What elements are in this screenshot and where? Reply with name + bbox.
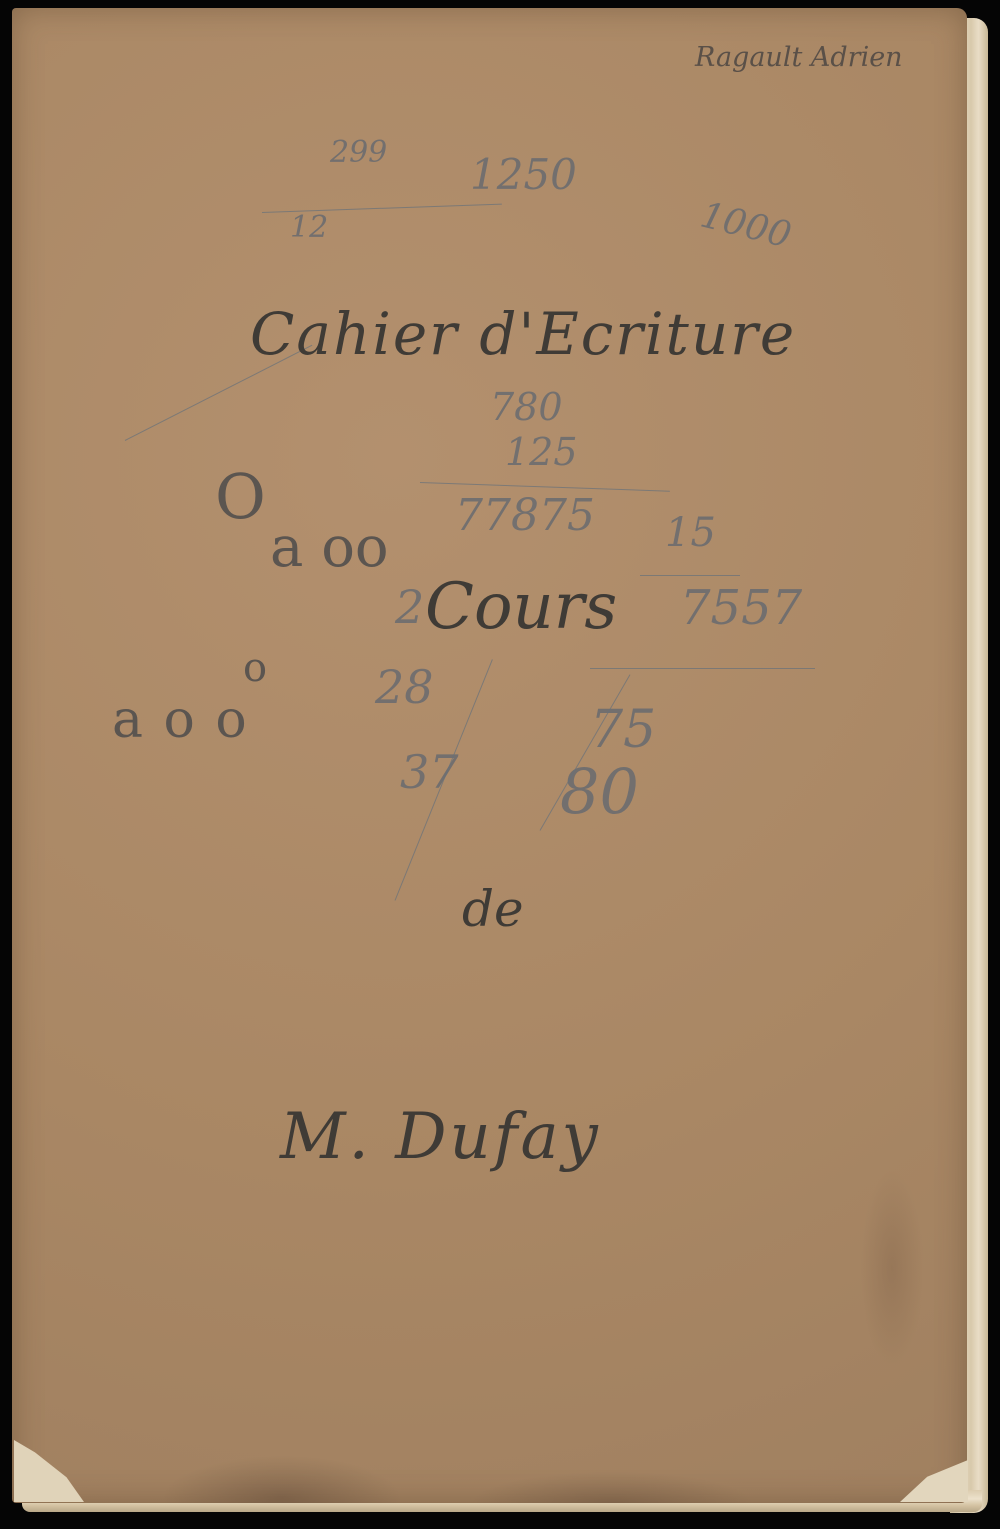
pencil-note: 37 bbox=[400, 745, 459, 799]
pencil-underline bbox=[640, 575, 740, 576]
notebook-cover bbox=[12, 8, 967, 1503]
pencil-note: 2 bbox=[395, 580, 424, 634]
pencil-note: 75 bbox=[590, 700, 656, 760]
pencil-note: 299 bbox=[330, 135, 387, 170]
pencil-note: 12 bbox=[290, 210, 328, 245]
letter-practice: O bbox=[215, 460, 266, 533]
pencil-note: 1250 bbox=[470, 150, 577, 199]
letter-practice: a oo bbox=[270, 515, 389, 580]
title-line-3: de bbox=[462, 880, 524, 938]
pencil-note: 15 bbox=[665, 510, 716, 556]
pencil-note: 80 bbox=[560, 755, 639, 828]
letter-practice: o bbox=[243, 645, 267, 691]
title-line-2: Cours bbox=[425, 570, 617, 644]
title-line-1: Cahier d'Ecriture bbox=[250, 300, 796, 368]
pencil-note: 28 bbox=[375, 660, 434, 714]
pencil-note: 7557 bbox=[680, 580, 802, 636]
pencil-underline bbox=[590, 668, 815, 669]
letter-practice: a o o bbox=[112, 690, 249, 750]
owner-signature: Ragault Adrien bbox=[695, 42, 903, 73]
pencil-note: 77875 bbox=[455, 490, 595, 541]
teacher-name: M. Dufay bbox=[280, 1100, 601, 1174]
pencil-note: 125 bbox=[505, 430, 578, 474]
pencil-note: 780 bbox=[490, 385, 563, 429]
